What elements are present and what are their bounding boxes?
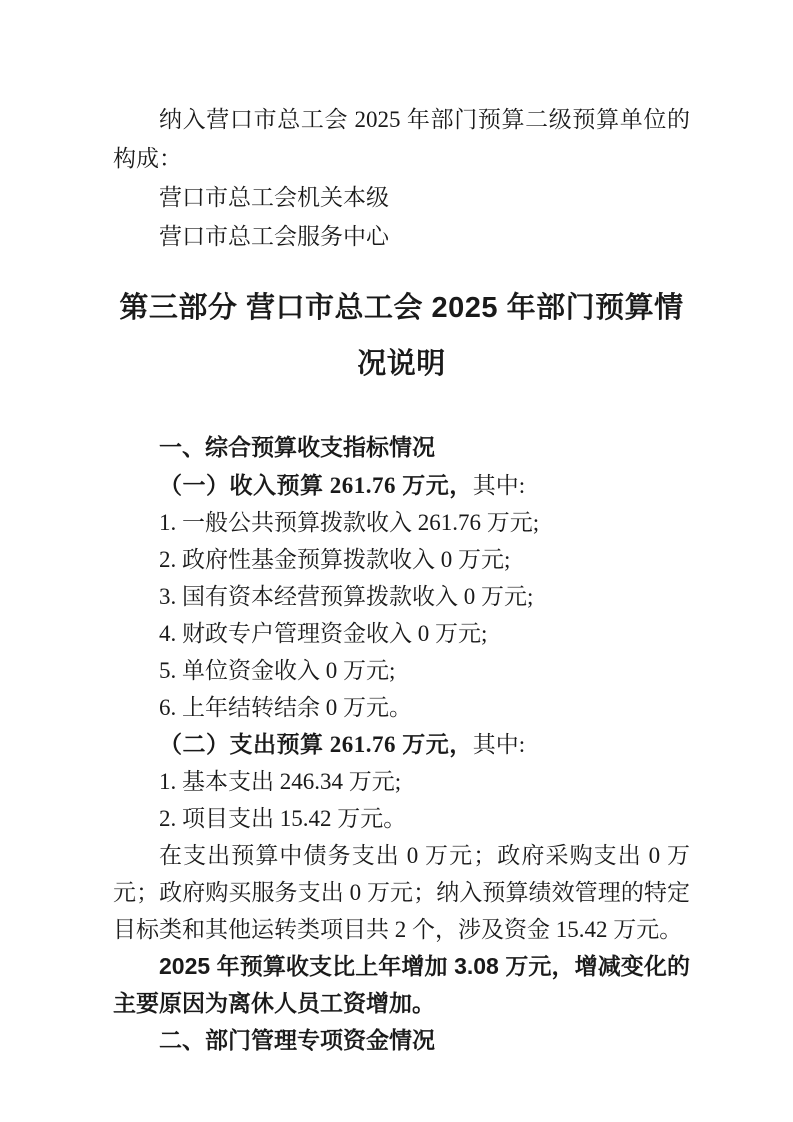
- part-title: 第三部分 营口市总工会 2025 年部门预算情况说明: [113, 280, 690, 392]
- budget-change-paragraph: 2025 年预算收支比上年增加 3.08 万元，增减变化的主要原因为离休人员工资…: [113, 948, 690, 1022]
- expense-item-2: 2. 项目支出 15.42 万元。: [113, 800, 690, 837]
- intro-paragraph: 纳入营口市总工会 2025 年部门预算二级预算单位的构成：: [113, 100, 690, 178]
- income-item-4: 4. 财政专户管理资金收入 0 万元;: [113, 615, 690, 652]
- income-item-3: 3. 国有资本经营预算拨款收入 0 万元;: [113, 578, 690, 615]
- section-two-heading: 二、部门管理专项资金情况: [113, 1022, 690, 1059]
- expense-detail-paragraph: 在支出预算中债务支出 0 万元；政府采购支出 0 万元；政府购买服务支出 0 万…: [113, 837, 690, 948]
- subordinate-unit-1: 营口市总工会机关本级: [113, 178, 690, 217]
- income-lead: （一）收入预算 261.76 万元，其中:: [113, 467, 690, 504]
- income-item-5: 5. 单位资金收入 0 万元;: [113, 652, 690, 689]
- section-one-heading: 一、综合预算收支指标情况: [113, 428, 690, 467]
- income-item-2: 2. 政府性基金预算拨款收入 0 万元;: [113, 541, 690, 578]
- document-page: 纳入营口市总工会 2025 年部门预算二级预算单位的构成： 营口市总工会机关本级…: [0, 0, 793, 1122]
- income-item-6: 6. 上年结转结余 0 万元。: [113, 689, 690, 726]
- expense-lead-rest: 其中:: [473, 732, 525, 757]
- income-item-1: 1. 一般公共预算拨款收入 261.76 万元;: [113, 504, 690, 541]
- expense-item-1: 1. 基本支出 246.34 万元;: [113, 763, 690, 800]
- income-lead-rest: 其中:: [473, 473, 525, 498]
- income-lead-bold: （一）收入预算 261.76 万元，: [159, 473, 473, 498]
- expense-lead-bold: （二）支出预算 261.76 万元，: [159, 732, 473, 757]
- expense-lead: （二）支出预算 261.76 万元，其中:: [113, 726, 690, 763]
- subordinate-unit-2: 营口市总工会服务中心: [113, 217, 690, 256]
